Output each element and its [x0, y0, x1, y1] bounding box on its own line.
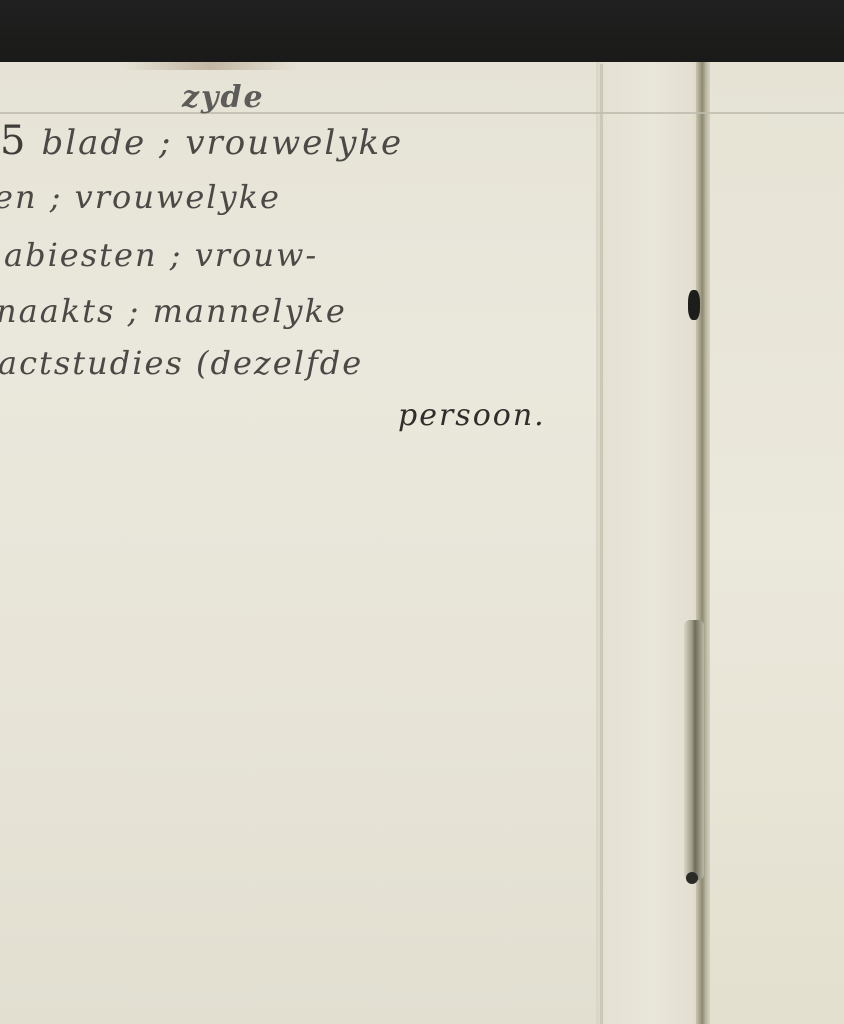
- torn-binding-thread: [684, 620, 704, 880]
- stitch-hole-icon: [688, 290, 700, 320]
- line-number: 5: [0, 118, 27, 164]
- manuscript-line-1: 5blade ; vrouwelyke: [0, 118, 403, 164]
- manuscript-line-6: persoon.: [398, 398, 546, 433]
- line-text: blade ; vrouwelyke: [41, 123, 403, 163]
- manuscript-line-4: naakts ; mannelyke: [0, 292, 347, 330]
- scanner-background: [0, 0, 844, 64]
- right-page: [710, 62, 844, 1024]
- pencil-insertion: zyde: [182, 80, 265, 115]
- stitch-hole-icon: [686, 872, 698, 884]
- manuscript-line-3: abiesten ; vrouw-: [4, 236, 318, 274]
- fold-crease: [600, 64, 603, 1024]
- manuscript-line-5: actstudies (dezelfde: [0, 344, 363, 382]
- manuscript-line-2: en ; vrouwelyke: [0, 178, 281, 216]
- page-edge-stain: [120, 62, 300, 70]
- ruled-line: [0, 112, 844, 114]
